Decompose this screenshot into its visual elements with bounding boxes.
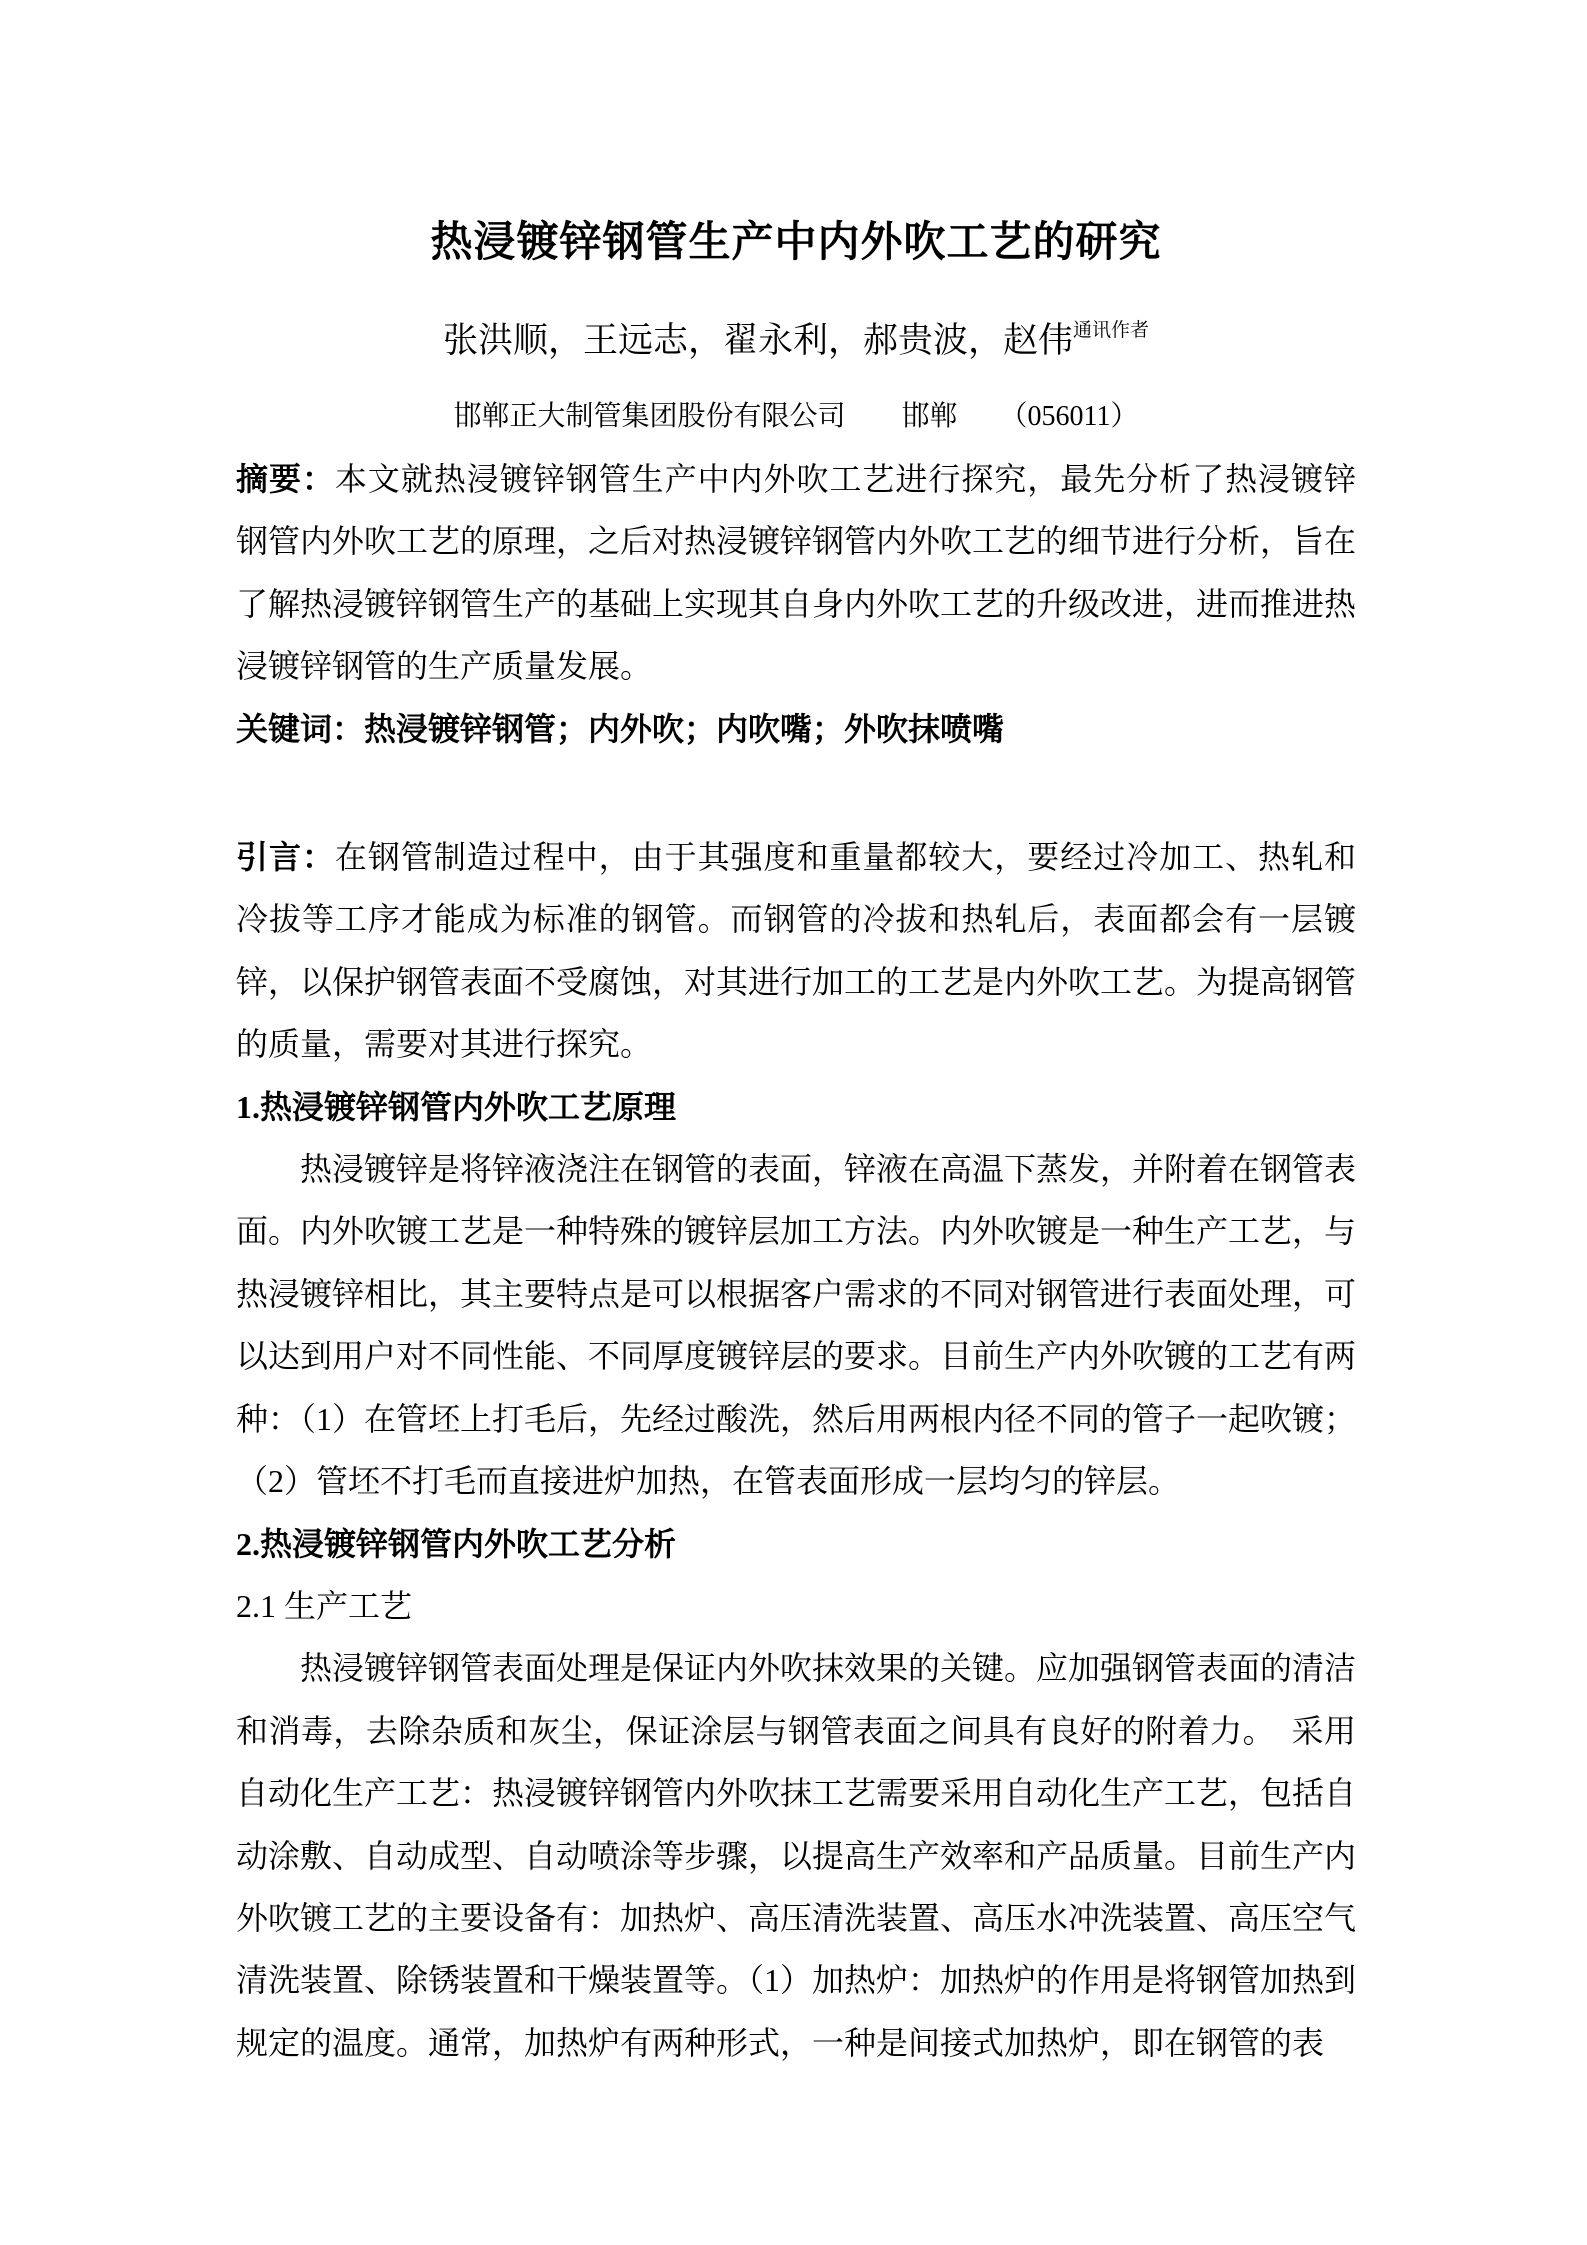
keywords-line: 关键词：热浸镀锌钢管；内外吹；内吹嘴；外吹抹喷嘴 — [236, 698, 1356, 760]
introduction-paragraph: 引言：在钢管制造过程中，由于其强度和重量都较大，要经过冷加工、热轧和冷拔等工序才… — [236, 826, 1356, 1076]
affiliation-line: 邯郸正大制管集团股份有限公司 邯郸 （056011） — [236, 386, 1356, 448]
introduction-label: 引言： — [236, 839, 335, 875]
keywords-label: 关键词： — [236, 711, 364, 747]
authors-names: 张洪顺，王远志，翟永利，郝贵波，赵伟 — [443, 321, 1073, 360]
section-2-heading: 2.热浸镀锌钢管内外吹工艺分析 — [236, 1513, 1356, 1575]
section-1-paragraph: 热浸镀锌是将锌液浇注在钢管的表面，锌液在高温下蒸发，并附着在钢管表面。内外吹镀工… — [236, 1138, 1356, 1512]
section-1-heading: 1.热浸镀锌钢管内外吹工艺原理 — [236, 1076, 1356, 1138]
abstract-paragraph: 摘要：本文就热浸镀锌钢管生产中内外吹工艺进行探究，最先分析了热浸镀锌钢管内外吹工… — [236, 448, 1356, 698]
keywords-text: 热浸镀锌钢管；内外吹；内吹嘴；外吹抹喷嘴 — [364, 711, 1004, 747]
document-page: 热浸镀锌钢管生产中内外吹工艺的研究 张洪顺，王远志，翟永利，郝贵波，赵伟通讯作者… — [0, 0, 1587, 2245]
abstract-text: 本文就热浸镀锌钢管生产中内外吹工艺进行探究，最先分析了热浸镀锌钢管内外吹工艺的原… — [236, 461, 1356, 684]
section-2-1-paragraph: 热浸镀锌钢管表面处理是保证内外吹抹效果的关键。应加强钢管表面的清洁和消毒，去除杂… — [236, 1637, 1356, 2074]
abstract-label: 摘要： — [236, 461, 335, 497]
section-2-1-heading: 2.1 生产工艺 — [236, 1575, 1356, 1637]
paper-title: 热浸镀锌钢管生产中内外吹工艺的研究 — [236, 212, 1356, 274]
page-content: 热浸镀锌钢管生产中内外吹工艺的研究 张洪顺，王远志，翟永利，郝贵波，赵伟通讯作者… — [0, 0, 1587, 2074]
introduction-text: 在钢管制造过程中，由于其强度和重量都较大，要经过冷加工、热轧和冷拔等工序才能成为… — [236, 839, 1356, 1062]
corresponding-author-superscript: 通讯作者 — [1073, 320, 1149, 341]
authors-line: 张洪顺，王远志，翟永利，郝贵波，赵伟通讯作者 — [236, 310, 1356, 378]
